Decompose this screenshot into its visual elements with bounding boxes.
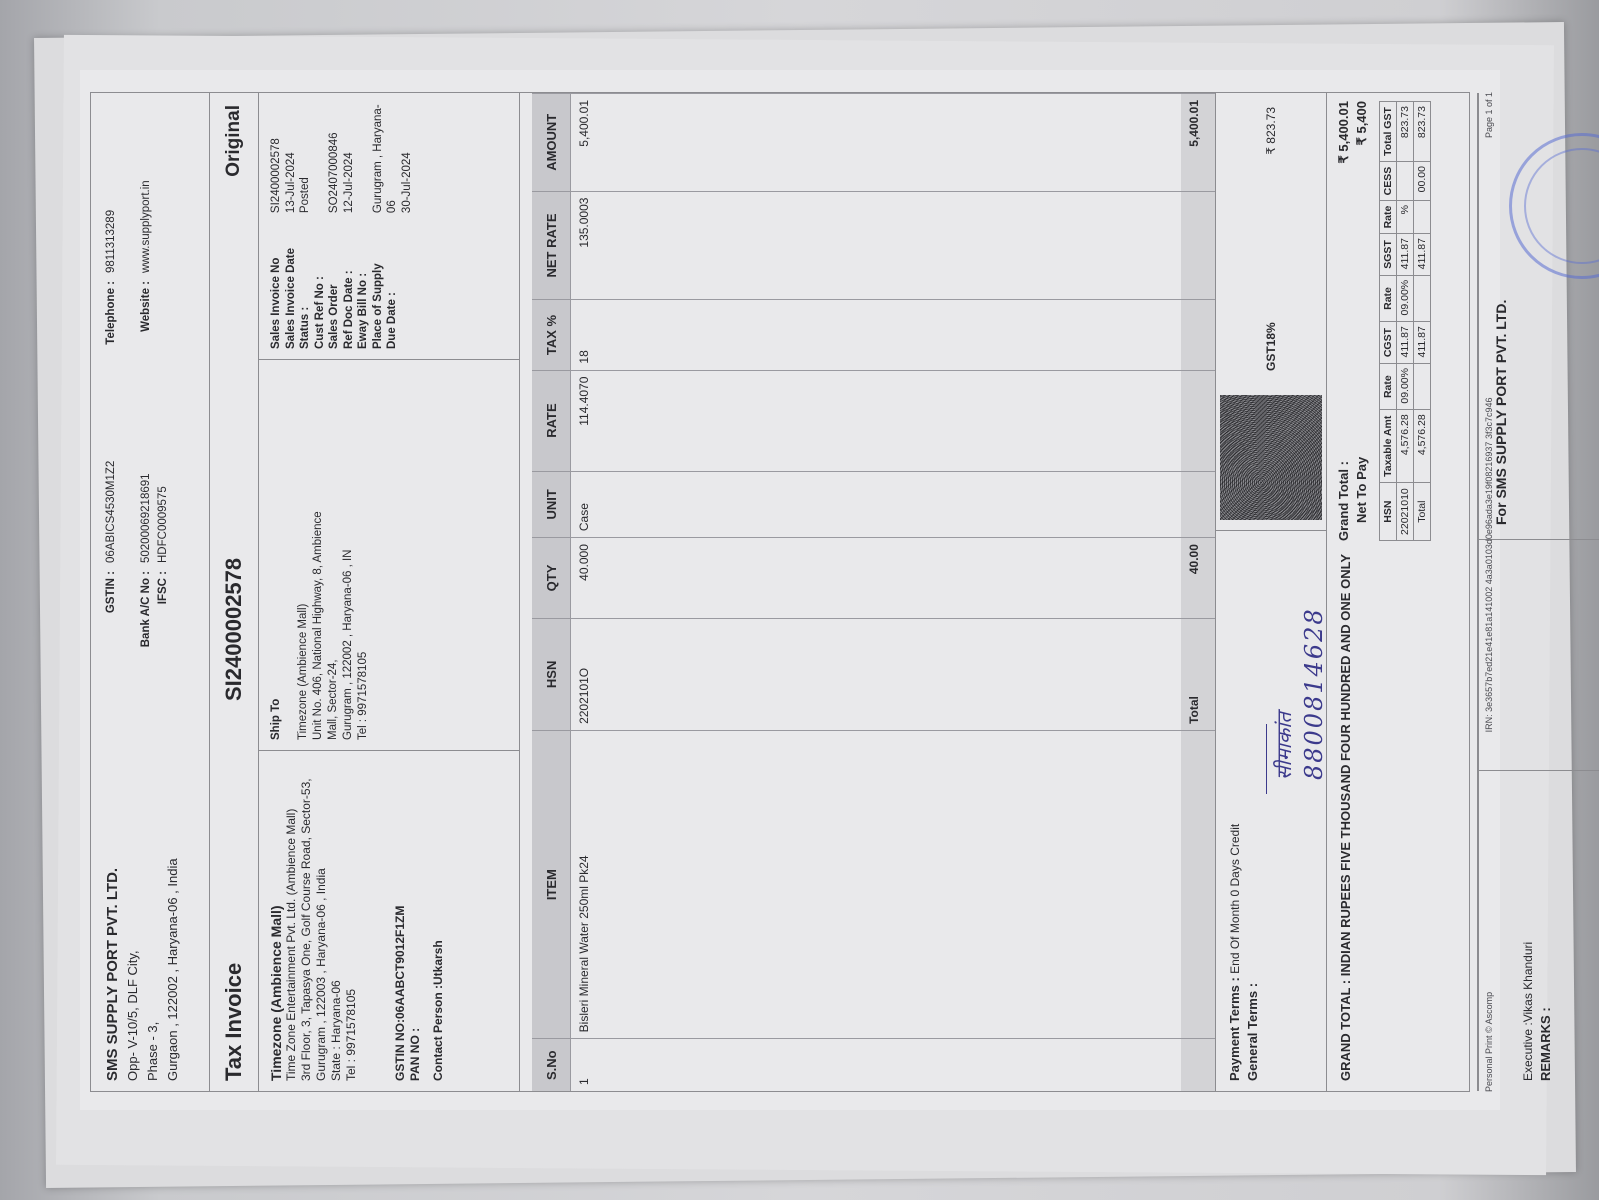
signature-row: Executive :Vikas Khanduri REMARKS : For … — [1478, 93, 1599, 1091]
for-company: For SMS SUPPLY PORT PVT. LTD. — [1493, 107, 1509, 525]
items-header-row: S.NoITEMHSNQTYUNITRATETAX %NET RATEAMOUN… — [532, 94, 571, 1092]
total-cell — [1181, 370, 1215, 471]
tax-cell: 411.87 — [1397, 322, 1414, 364]
gst-label: GST18% — [1264, 322, 1278, 371]
executive-block: Executive :Vikas Khanduri REMARKS : — [1479, 770, 1599, 1091]
meta-value: 30-Jul-2024 — [400, 103, 415, 213]
ship-to-line: Gurugram , 122002 , Haryana-06 , IN — [341, 370, 356, 740]
tax-column-header: Total GST — [1380, 102, 1397, 162]
totals-block: Grand Total :₹ 5,400.01 Net To Pay₹ 5,40… — [1327, 93, 1477, 541]
total-cell — [1181, 1039, 1215, 1091]
tax-cell — [1414, 364, 1431, 410]
meta-label: Place of Supply — [371, 213, 386, 349]
tax-cell: 00.00 — [1414, 162, 1431, 201]
meta-label: Ref Doc Date : — [342, 213, 357, 349]
tax-cell: 411.87 — [1414, 234, 1431, 276]
table-cell: Bisleri Mineral Water 250ml Pk24 — [571, 730, 610, 1038]
payment-terms-value: End Of Month 0 Days Credit — [1228, 824, 1242, 974]
column-header: RATE — [532, 370, 571, 471]
bank-label: Bank A/C No : — [138, 563, 155, 681]
tax-column-header: Rate — [1380, 201, 1397, 234]
column-header: TAX % — [532, 300, 571, 370]
company-header: SMS SUPPLY PORT PVT. LTD. Opp- V-10/5, D… — [91, 93, 210, 1091]
company-block: SMS SUPPLY PORT PVT. LTD. Opp- V-10/5, D… — [91, 681, 209, 1091]
meta-labels: Sales Invoice NoSales Invoice DateStatus… — [269, 213, 509, 349]
tax-body: 220210104,576.2809.00%411.8709.00%411.87… — [1397, 102, 1431, 541]
remarks-label: REMARKS : — [1538, 1007, 1553, 1081]
tax-cell: 09.00% — [1397, 364, 1414, 410]
empty-cell — [609, 730, 1181, 1038]
gstin-value: 06ABICS4530M1Z2 — [103, 461, 120, 563]
grand-total-row: GRAND TOTAL : INDIAN RUPEES FIVE THOUSAN… — [1326, 93, 1478, 1091]
tax-breakup-table: HSNTaxable AmtRateCGSTRateSGSTRateCESSTo… — [1379, 101, 1431, 541]
amount-in-words: GRAND TOTAL : INDIAN RUPEES FIVE THOUSAN… — [1327, 541, 1477, 1091]
invoice-number: SI2400002578 — [221, 281, 247, 701]
total-cell: 40.00 — [1181, 538, 1215, 619]
ship-to-line: Mall, Sector-24, — [326, 370, 341, 740]
invoice-frame: SMS SUPPLY PORT PVT. LTD. Opp- V-10/5, D… — [90, 92, 1470, 1092]
blank-cell — [1479, 539, 1599, 770]
tax-cell: 22021010 — [1397, 483, 1414, 541]
bill-to-line: Tel : 9971578105 — [344, 761, 359, 1081]
meta-value: SO2407000846 — [327, 103, 342, 213]
bank-account: 50200069218691 — [138, 473, 155, 563]
company-name: SMS SUPPLY PORT PVT. LTD. — [103, 691, 123, 1081]
bill-to-line: Time Zone Entertainment Pvt. Ltd. (Ambie… — [284, 761, 299, 1081]
meta-label: Sales Invoice Date — [284, 213, 299, 349]
footer-page: Page 1 of 1 — [1484, 92, 1494, 138]
ship-to-line: Unit No. 406, National Highway, 8, Ambie… — [311, 370, 326, 740]
tax-column-header: CESS — [1380, 162, 1397, 201]
total-cell — [1181, 471, 1215, 538]
footer-irn: IRN: 3e3657b7ed21e41e81a141002 4a3a0103d… — [1484, 398, 1494, 733]
telephone-value: 9811313289 — [103, 210, 120, 273]
total-cell — [1181, 730, 1215, 1038]
table-cell: 114.4070 — [571, 370, 610, 471]
empty-cell — [609, 1039, 1181, 1091]
handwritten-underline — [1266, 724, 1267, 794]
bill-to-gstin: GSTIN NO:06AABCT9012F1ZM — [393, 761, 408, 1081]
ship-to-line: Tel : 9971578105 — [356, 370, 371, 740]
bill-to-contact: Contact Person :Utkarsh — [431, 761, 446, 1081]
company-stamp-icon — [1509, 133, 1599, 279]
gstin-label: GSTIN : — [103, 563, 120, 681]
net-to-pay-value: ₹ 5,400 — [1353, 101, 1371, 145]
empty-cell — [609, 94, 1181, 192]
meta-value: SI2400002578 — [269, 103, 284, 213]
company-bank-block: GSTIN :06ABICS4530M1Z2 Bank A/C No :5020… — [91, 361, 209, 681]
general-terms-label: General Terms : — [1245, 983, 1260, 1081]
bill-to-line: State : Haryana-06 — [329, 761, 344, 1081]
column-header: QTY — [532, 538, 571, 619]
address-row: Timezone (Ambience Mall) Time Zone Enter… — [259, 93, 520, 1091]
bill-to: Timezone (Ambience Mall) Time Zone Enter… — [259, 750, 519, 1091]
grand-total-label: Grand Total : — [1335, 461, 1353, 541]
tax-column-header: CGST — [1380, 322, 1397, 364]
total-row: Total40.005,400.01 — [1181, 94, 1215, 1092]
table-row: 1Bisleri Mineral Water 250ml Pk242202101… — [571, 94, 610, 1092]
table-cell: 1 — [571, 1039, 610, 1091]
bill-to-line: Gurugram , 122003 , Haryana-06 , India — [314, 761, 329, 1081]
tax-cell — [1414, 275, 1431, 321]
ship-to-heading: Ship To — [269, 370, 284, 740]
tax-column-header: SGST — [1380, 234, 1397, 276]
column-header: HSN — [532, 618, 571, 730]
tax-row: 220210104,576.2809.00%411.8709.00%411.87… — [1397, 102, 1414, 541]
title-row: Tax Invoice SI2400002578 Original — [210, 93, 259, 1091]
tax-cell: 4,576.28 — [1414, 410, 1431, 483]
items-table: S.NoITEMHSNQTYUNITRATETAX %NET RATEAMOUN… — [532, 93, 1215, 1091]
meta-value — [313, 103, 328, 213]
total-cell — [1181, 300, 1215, 370]
grand-total-value: ₹ 5,400.01 — [1335, 101, 1353, 164]
tax-cell: 823.73 — [1397, 102, 1414, 162]
total-cell: Total — [1181, 618, 1215, 730]
tax-cell: 411.87 — [1414, 322, 1431, 364]
handwritten-phone: 8800814628 — [1300, 607, 1328, 780]
meta-label: Eway Bill No : — [356, 213, 371, 349]
net-to-pay-label: Net To Pay — [1353, 457, 1371, 523]
bill-to-line: 3rd Floor, 3, Tapasya One, Golf Course R… — [299, 761, 314, 1081]
handwritten-name: सीमाकांत — [1270, 712, 1297, 780]
items-body: 1Bisleri Mineral Water 250ml Pk242202101… — [571, 94, 1216, 1092]
tax-cell: % — [1397, 201, 1414, 234]
website-value: www.supplyport.in — [138, 180, 155, 273]
table-cell: 2202101O — [571, 618, 610, 730]
tax-column-header: Taxable Amt — [1380, 410, 1397, 483]
gst-amount: ₹ 823.73 — [1264, 107, 1278, 155]
tax-cell — [1414, 201, 1431, 234]
authorized-block: For SMS SUPPLY PORT PVT. LTD. ( Authoriz… — [1479, 93, 1599, 539]
document-title: Tax Invoice — [221, 701, 247, 1091]
meta-label: Sales Invoice No — [269, 213, 284, 349]
total-cell: 5,400.01 — [1181, 94, 1215, 192]
footer-print-note: Personal Print © Ascomp — [1484, 992, 1494, 1092]
empty-cell — [609, 471, 1181, 538]
meta-label: Cust Ref No : — [313, 213, 328, 349]
ifsc-value: HDFC0009575 — [155, 486, 172, 563]
company-address-line: Phase - 3, — [143, 691, 163, 1081]
executive-name: Executive :Vikas Khanduri — [1519, 781, 1537, 1081]
tax-cell: 09.00% — [1397, 275, 1414, 321]
tax-header-row: HSNTaxable AmtRateCGSTRateSGSTRateCESSTo… — [1380, 102, 1397, 541]
meta-value: 12-Jul-2024 — [342, 103, 357, 213]
table-cell: 5,400.01 — [571, 94, 610, 192]
column-header: UNIT — [532, 471, 571, 538]
tax-cell: Total — [1414, 483, 1431, 541]
invoice-meta: Sales Invoice NoSales Invoice DateStatus… — [259, 93, 519, 359]
meta-label: Status : — [298, 213, 313, 349]
tax-cell — [1397, 162, 1414, 201]
empty-cell — [609, 370, 1181, 471]
tax-column-header: Rate — [1380, 364, 1397, 410]
company-address-line: Gurgaon , 122002 , Haryana-06 , India — [163, 691, 183, 1081]
meta-value: Gurugram , Haryana-06 — [371, 103, 400, 213]
total-cell — [1181, 191, 1215, 300]
column-header: ITEM — [532, 730, 571, 1038]
meta-value — [356, 103, 371, 213]
ship-to-line: Timezone (Ambience Mall) — [296, 370, 311, 740]
copy-type: Original — [223, 93, 245, 281]
empty-cell — [609, 618, 1181, 730]
table-cell: 135.0003 — [571, 191, 610, 300]
table-cell: Case — [571, 471, 610, 538]
tax-column-header: HSN — [1380, 483, 1397, 541]
tax-row: Total4,576.28411.87411.8700.00823.73 — [1414, 102, 1431, 541]
meta-value: Posted — [298, 103, 313, 213]
payment-terms-label: Payment Terms : — [1227, 977, 1242, 1081]
ship-to: Ship To Timezone (Ambience Mall) Unit No… — [259, 359, 519, 750]
bill-to-pan: PAN NO : — [408, 761, 423, 1081]
tax-cell: 823.73 — [1414, 102, 1431, 162]
meta-label: Due Date : — [385, 213, 400, 349]
empty-cell — [609, 300, 1181, 370]
empty-cell — [609, 191, 1181, 300]
column-header: S.No — [532, 1039, 571, 1091]
company-address-line: Opp- V-10/5, DLF City, — [123, 691, 143, 1081]
meta-value: 13-Jul-2024 — [284, 103, 299, 213]
table-cell: 18 — [571, 300, 610, 370]
column-header: NET RATE — [532, 191, 571, 300]
gst-summary: GST18% ₹ 823.73 — [1216, 93, 1326, 385]
qr-code — [1220, 395, 1322, 520]
tax-cell: 4,576.28 — [1397, 410, 1414, 483]
meta-values: SI240000257813-Jul-2024Posted SO24070008… — [269, 103, 509, 213]
terms-row: Payment Terms : End Of Month 0 Days Cred… — [1215, 93, 1326, 1091]
ifsc-label: IFSC : — [155, 563, 172, 681]
bill-to-name: Timezone (Ambience Mall) — [269, 761, 284, 1081]
tax-column-header: Rate — [1380, 275, 1397, 321]
invoice-page: SMS SUPPLY PORT PVT. LTD. Opp- V-10/5, D… — [80, 70, 1500, 1110]
empty-cell — [609, 538, 1181, 619]
website-label: Website : — [138, 273, 155, 361]
meta-label: Sales Order — [327, 213, 342, 349]
page-footer: Personal Print © Ascomp IRN: 3e3657b7ed2… — [1484, 92, 1494, 1092]
company-contact-block: Telephone :9811313289 Website :www.suppl… — [91, 93, 209, 361]
tax-cell: 411.87 — [1397, 234, 1414, 276]
telephone-label: Telephone : — [103, 273, 120, 361]
column-header: AMOUNT — [532, 94, 571, 192]
filler-row — [609, 94, 1181, 1092]
table-cell: 40.000 — [571, 538, 610, 619]
